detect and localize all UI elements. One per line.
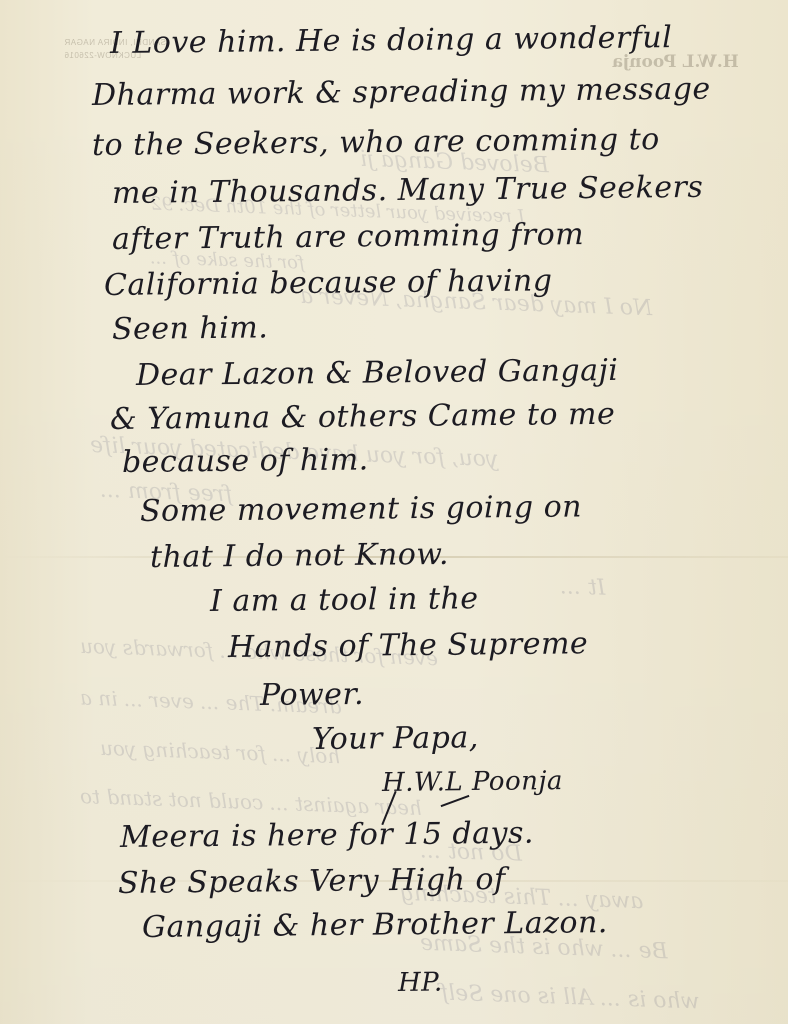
letter-body-line: Hands of The Supreme (228, 626, 589, 665)
letter-body-line: to the Seekers, who are comming to (92, 122, 660, 163)
letter-closing: Your Papa, (312, 720, 479, 757)
postscript-line: She Speaks Very High of (118, 862, 506, 901)
letter-body-line: Dear Lazon & Beloved Gangaji (136, 353, 619, 393)
letter-body-line: that I do not Know. (150, 537, 449, 575)
letter-body-line: Some movement is going on (140, 489, 582, 529)
letter-body-line: me in Thousands. Many True Seekers (112, 170, 704, 211)
letter-body-line: Seen him. (112, 310, 269, 347)
letter-body-line: I Love him. He is doing a wonderful (110, 20, 673, 61)
postscript-line: Gangaji & her Brother Lazon. (142, 905, 608, 945)
bleed-through-line: It ... (560, 574, 606, 601)
postscript-line: Meera is here for 15 days. (120, 816, 534, 855)
letter-body-line: Dharma work & spreading my message (92, 72, 711, 113)
letter-body-line: after Truth are comming from (112, 217, 584, 257)
letter-body-line: California because of having (104, 263, 553, 303)
letter-body-line: because of him. (122, 442, 369, 480)
letter-body-line: Power. (260, 677, 364, 713)
letter-body-line: & Yamuna & others Came to me (110, 397, 616, 437)
initials: HP. (398, 968, 443, 998)
signature: H.W.L Poonja (382, 766, 563, 798)
letter-body-line: I am a tool in the (210, 581, 479, 619)
